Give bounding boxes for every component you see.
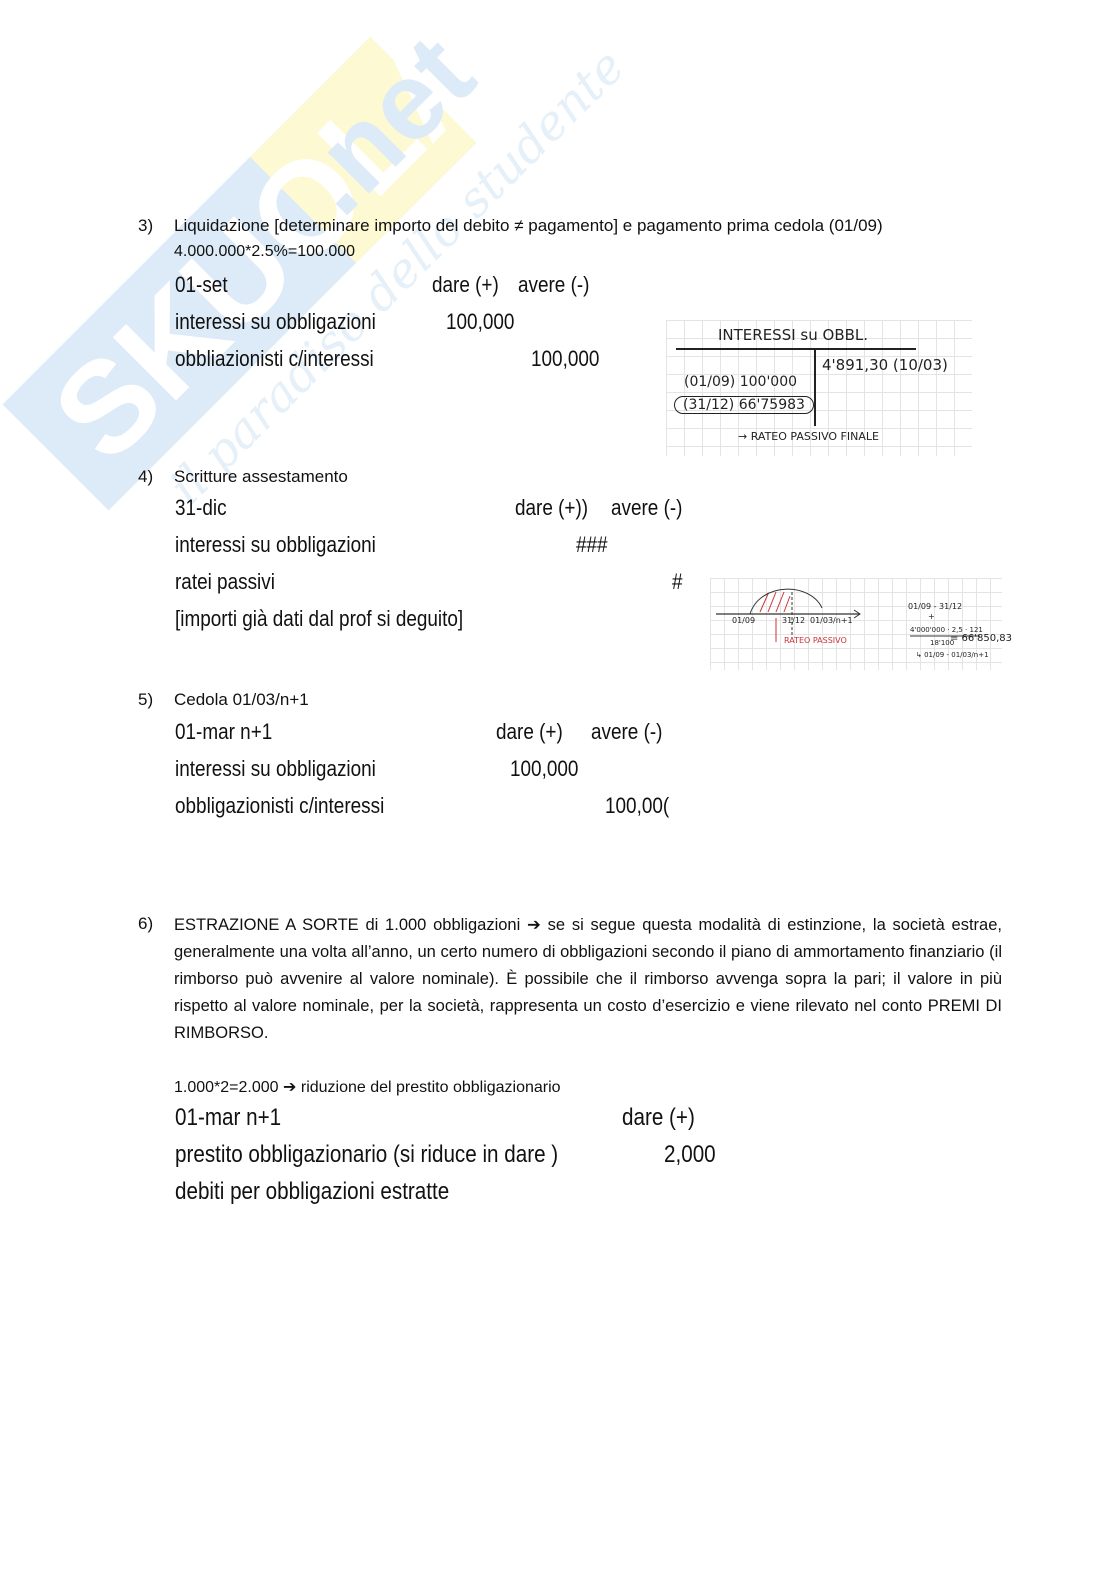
section-6-number: 6) bbox=[138, 914, 153, 934]
watermark-domain: .net bbox=[272, 12, 497, 237]
section-6-body: se si segue questa modalità di estinzion… bbox=[174, 916, 1002, 1042]
section-3-number: 3) bbox=[138, 216, 153, 236]
entry-avere-amount: 100,000 bbox=[531, 346, 599, 372]
entry-dare-amount: 2,000 bbox=[664, 1141, 716, 1169]
t-account-right-entry: 4'891,30 (10/03) bbox=[822, 356, 948, 374]
entry-note: [importi già dati dal prof si deguito] bbox=[175, 606, 463, 632]
avere-header: avere (-) bbox=[591, 719, 662, 745]
timeline-top-note: 01/09 - 31/12 bbox=[908, 602, 962, 611]
dare-header: dare (+) bbox=[496, 719, 563, 745]
avere-header: avere (-) bbox=[518, 272, 589, 298]
timeline-label: 01/09 bbox=[732, 616, 755, 625]
t-account-left-entry: (01/09) 100'000 bbox=[684, 374, 797, 390]
section-3-heading: Liquidazione [determinare importo del de… bbox=[174, 216, 883, 236]
calculation-note: riduzione del prestito obbligazionario bbox=[301, 1079, 561, 1096]
avere-header: avere (-) bbox=[611, 495, 682, 521]
t-account-note: → RATEO PASSIVO FINALE bbox=[738, 430, 879, 443]
section-6-lead: ESTRAZIONE A SORTE di 1.000 obbligazioni bbox=[174, 916, 520, 934]
t-account-left-entry-circled: (31/12) 66'75983 bbox=[674, 396, 814, 414]
t-account-hline bbox=[676, 348, 916, 350]
entry-dare-amount: 100,000 bbox=[446, 309, 514, 335]
t-account-vline bbox=[814, 348, 816, 426]
handwritten-t-account: INTERESSI su OBBL. 4'891,30 (10/03) (01/… bbox=[666, 320, 972, 456]
handwritten-timeline: 01/09 31/12 01/03/n+1 01/09 - 31/12 + RA… bbox=[710, 578, 1002, 670]
entry-avere-amount: 100,00( bbox=[605, 793, 669, 819]
section-3-calculation: 4.000.000*2.5%=100.000 bbox=[174, 243, 355, 261]
entry-account: ratei passivi bbox=[175, 569, 275, 595]
entry-date: 01-mar n+1 bbox=[175, 719, 272, 745]
entry-account: debiti per obbligazioni estratte bbox=[175, 1178, 449, 1206]
arrow-icon: ➔ bbox=[527, 916, 541, 934]
section-6-paragraph: ESTRAZIONE A SORTE di 1.000 obbligazioni… bbox=[174, 912, 1002, 1047]
entry-account: prestito obbligazionario (si riduce in d… bbox=[175, 1141, 558, 1169]
entry-account: interessi su obbligazioni bbox=[175, 756, 376, 782]
calculation: 1.000*2=2.000 bbox=[174, 1079, 279, 1096]
entry-date: 31-dic bbox=[175, 495, 227, 521]
formula-result: = 66'850,83 bbox=[950, 633, 1012, 644]
entry-date: 01-set bbox=[175, 272, 228, 298]
section-4-heading: Scritture assestamento bbox=[174, 467, 348, 487]
entry-account: obbliazionisti c/interessi bbox=[175, 346, 374, 372]
section-4-number: 4) bbox=[138, 467, 153, 487]
section-5-number: 5) bbox=[138, 690, 153, 710]
formula-bottom-note: ↳ 01/09 - 01/03/n+1 bbox=[916, 651, 989, 659]
timeline-label: 01/03/n+1 bbox=[810, 616, 853, 625]
t-account-title: INTERESSI su OBBL. bbox=[718, 326, 868, 344]
entry-date: 01-mar n+1 bbox=[175, 1104, 281, 1132]
entry-account: interessi su obbligazioni bbox=[175, 532, 376, 558]
dare-header: dare (+) bbox=[622, 1104, 695, 1132]
entry-account: obbligazionisti c/interessi bbox=[175, 793, 384, 819]
entry-avere-amount: # bbox=[672, 569, 683, 595]
dare-header: dare (+) bbox=[432, 272, 499, 298]
arrow-icon: ➔ bbox=[283, 1079, 296, 1096]
timeline-plus: + bbox=[928, 612, 935, 621]
section-5-heading: Cedola 01/03/n+1 bbox=[174, 690, 309, 710]
section-6-calculation-line: 1.000*2=2.000 ➔ riduzione del prestito o… bbox=[174, 1077, 561, 1097]
dare-header: dare (+)) bbox=[515, 495, 588, 521]
entry-account: interessi su obbligazioni bbox=[175, 309, 376, 335]
timeline-label: 31/12 bbox=[782, 616, 805, 625]
entry-dare-amount: 100,000 bbox=[510, 756, 578, 782]
rateo-passivo-label: RATEO PASSIVO bbox=[784, 636, 847, 645]
entry-dare-amount: ### bbox=[576, 532, 608, 558]
